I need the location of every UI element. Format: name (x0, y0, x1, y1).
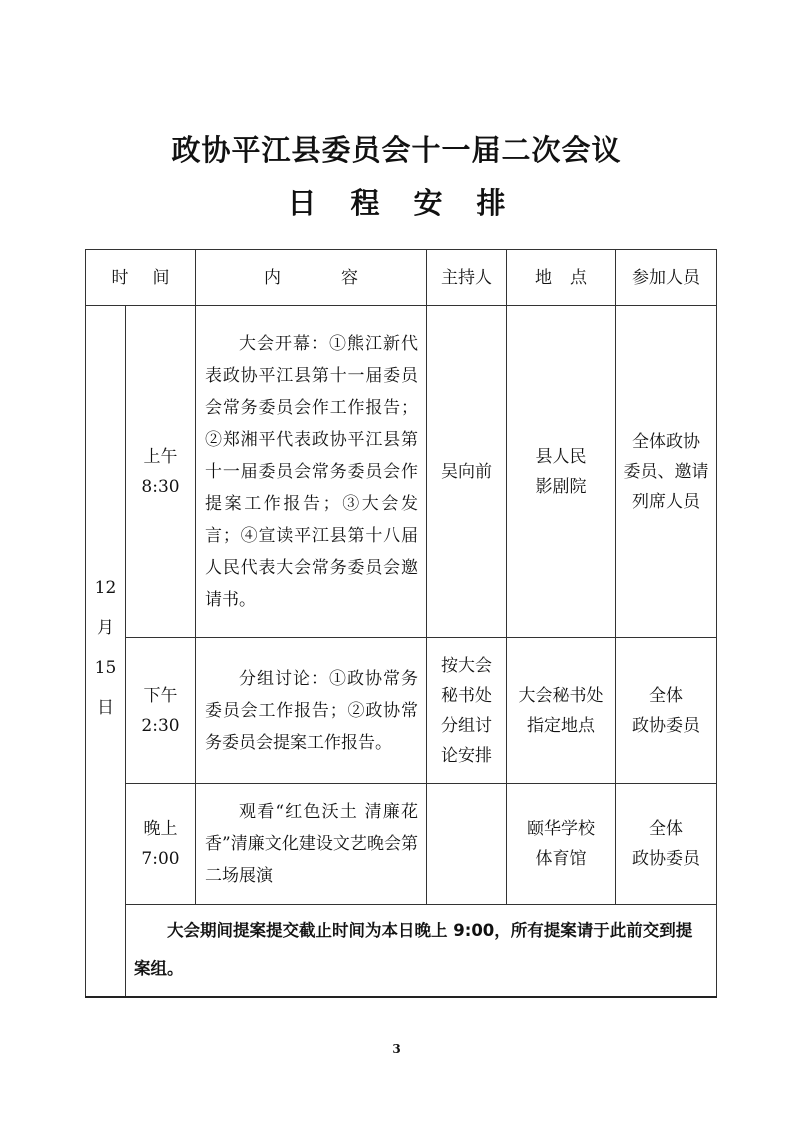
content-cell: 分组讨论：①政协常务委员会工作报告；②政协常务委员会提案工作报告。 (196, 638, 427, 784)
header-location: 地点 (507, 250, 616, 306)
document-subtitle: 日程安排 (0, 181, 793, 222)
location-cell: 大会秘书处 指定地点 (507, 638, 616, 784)
schedule-table: 时间 内容 主持人 地点 参加人员 12 月 15 日 上午 8:30 大会开幕… (85, 249, 717, 998)
time-value: 2:30 (126, 711, 195, 741)
time-value: 8:30 (126, 472, 195, 502)
location-cell: 颐华学校 体育馆 (507, 784, 616, 905)
content-text: 大会开幕：①熊江新代表政协平江县第十一届委员会常务委员会作工作报告；②郑湘平代表… (205, 328, 418, 616)
location-line: 大会秘书处 (507, 681, 615, 711)
subtitle-char: 排 (477, 181, 506, 222)
participants-cell: 全体政协 委员、邀请 列席人员 (616, 306, 717, 638)
subtitle-char: 程 (350, 181, 379, 222)
page-number: 3 (0, 1042, 793, 1056)
content-text: 分组讨论：①政协常务委员会工作报告；②政协常务委员会提案工作报告。 (205, 663, 418, 759)
header-participants: 参加人员 (616, 250, 717, 306)
host-cell: 吴向前 (427, 306, 507, 638)
host-line: 按大会 (427, 651, 506, 681)
table-row: 下午 2:30 分组讨论：①政协常务委员会工作报告；②政协常务委员会提案工作报告… (86, 638, 717, 784)
note-cell: 大会期间提案提交截止时间为本日晚上 9:00，所有提案请于此前交到提案组。 (126, 905, 717, 997)
host-line: 论安排 (427, 741, 506, 771)
location-line: 颐华学校 (507, 814, 615, 844)
host-cell (427, 784, 507, 905)
subtitle-char: 安 (414, 181, 443, 222)
date-day-unit: 日 (86, 688, 125, 728)
table-row: 12 月 15 日 上午 8:30 大会开幕：①熊江新代表政协平江县第十一届委员… (86, 306, 717, 638)
time-cell: 下午 2:30 (126, 638, 196, 784)
time-period: 下午 (126, 681, 195, 711)
content-cell: 大会开幕：①熊江新代表政协平江县第十一届委员会常务委员会作工作报告；②郑湘平代表… (196, 306, 427, 638)
participants-cell: 全体 政协委员 (616, 638, 717, 784)
table-header-row: 时间 内容 主持人 地点 参加人员 (86, 250, 717, 306)
subtitle-char: 日 (287, 181, 316, 222)
participants-line: 政协委员 (616, 711, 716, 741)
date-cell: 12 月 15 日 (86, 306, 126, 997)
header-content: 内容 (196, 250, 427, 306)
note-row: 大会期间提案提交截止时间为本日晚上 9:00，所有提案请于此前交到提案组。 (86, 905, 717, 997)
participants-line: 全体 (616, 814, 716, 844)
time-period: 晚上 (126, 814, 195, 844)
time-value: 7:00 (126, 844, 195, 874)
participants-line: 全体政协 (616, 427, 716, 457)
table-row: 晚上 7:00 观看“红色沃土 清廉花香”清廉文化建设文艺晚会第二场展演 颐华学… (86, 784, 717, 905)
content-cell: 观看“红色沃土 清廉花香”清廉文化建设文艺晚会第二场展演 (196, 784, 427, 905)
participants-line: 全体 (616, 681, 716, 711)
content-text: 观看“红色沃土 清廉花香”清廉文化建设文艺晚会第二场展演 (205, 796, 418, 892)
participants-line: 政协委员 (616, 844, 716, 874)
location-line: 县人民 (507, 442, 615, 472)
date-day: 15 (86, 648, 125, 688)
participants-cell: 全体 政协委员 (616, 784, 717, 905)
host-line: 秘书处 (427, 681, 506, 711)
document-title: 政协平江县委员会十一届二次会议 (0, 128, 793, 169)
header-host: 主持人 (427, 250, 507, 306)
date-month-unit: 月 (86, 608, 125, 648)
time-cell: 上午 8:30 (126, 306, 196, 638)
location-cell: 县人民 影剧院 (507, 306, 616, 638)
host-line: 分组讨 (427, 711, 506, 741)
participants-line: 列席人员 (616, 487, 716, 517)
location-line: 体育馆 (507, 844, 615, 874)
date-month: 12 (86, 568, 125, 608)
time-cell: 晚上 7:00 (126, 784, 196, 905)
participants-line: 委员、邀请 (616, 457, 716, 487)
note-text: 大会期间提案提交截止时间为本日晚上 9:00，所有提案请于此前交到提案组。 (134, 912, 706, 988)
header-time: 时间 (86, 250, 196, 306)
host-cell: 按大会 秘书处 分组讨 论安排 (427, 638, 507, 784)
location-line: 影剧院 (507, 472, 615, 502)
location-line: 指定地点 (507, 711, 615, 741)
time-period: 上午 (126, 442, 195, 472)
